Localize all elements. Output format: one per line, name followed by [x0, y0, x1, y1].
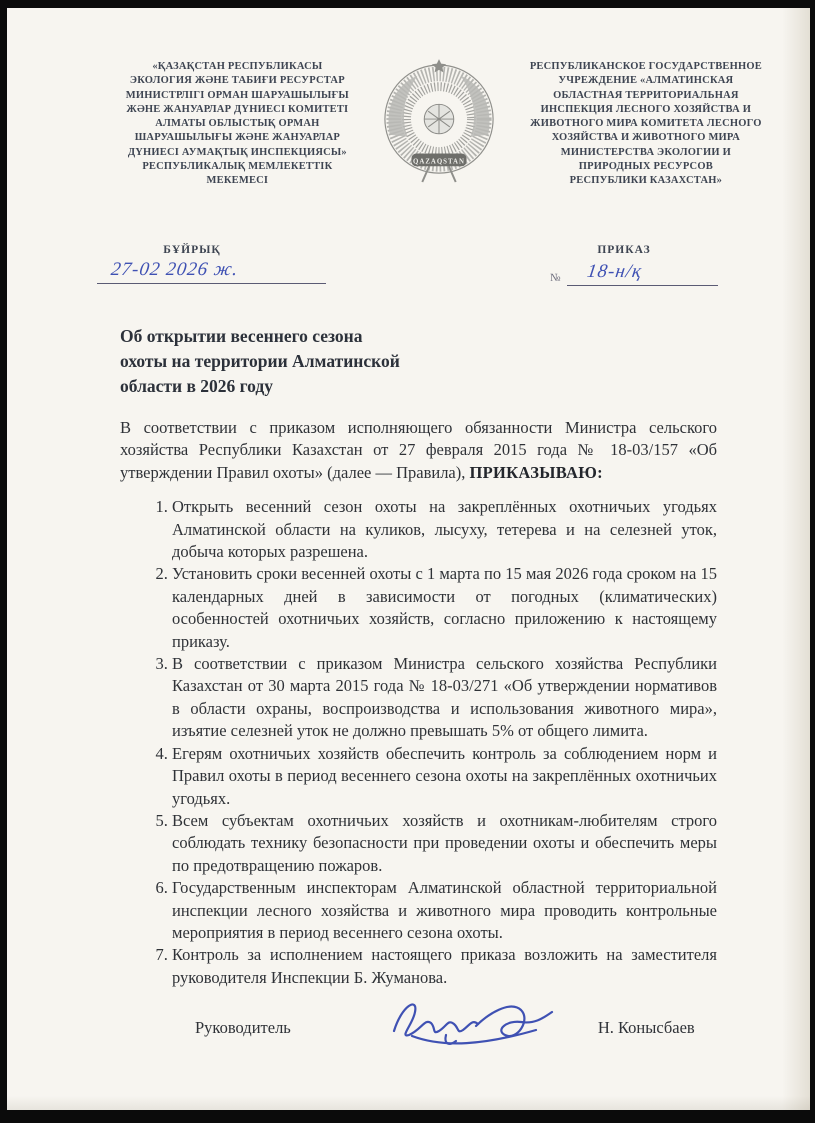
handwritten-order-number: 18-н/қ	[585, 260, 643, 285]
emblem-banner-label: QAZAQSTAN	[413, 158, 465, 165]
document-title: Об открытии весеннего сезона охоты на те…	[120, 324, 717, 399]
signer-name: Н. Конысбаев	[598, 1018, 695, 1038]
order-label-russian: ПРИКАЗ	[564, 244, 684, 256]
document-body: Об открытии весеннего сезона охоты на те…	[7, 324, 810, 1059]
scanned-document-page: «ҚАЗАҚСТАН РЕСПУБЛИКАСЫ ЭКОЛОГИЯ ЖӘНЕ ТА…	[7, 8, 810, 1110]
signer-role: Руководитель	[195, 1018, 291, 1038]
order-header-row: БҰЙРЫҚ 27-02 2026 ж. ПРИКАЗ № 18-н/қ	[7, 244, 810, 300]
order-item-1: Открыть весенний сезон охоты на закреплё…	[172, 496, 717, 563]
order-item-5: Всем субъектам охотничьих хозяйств и охо…	[172, 810, 717, 877]
order-item-2: Установить сроки весенней охоты с 1 март…	[172, 563, 717, 653]
order-label-kazakh: БҰЙРЫҚ	[107, 244, 277, 256]
intro-text: В соответствии с приказом исполняющего о…	[120, 418, 717, 482]
order-item-6: Государственным инспекторам Алматинской …	[172, 877, 717, 944]
number-sign: №	[550, 272, 567, 286]
org-name-russian: РЕСПУБЛИКАНСКОЕ ГОСУДАРСТВЕННОЕ УЧРЕЖДЕН…	[498, 60, 794, 189]
letterhead: «ҚАЗАҚСТАН РЕСПУБЛИКАСЫ ЭКОЛОГИЯ ЖӘНЕ ТА…	[7, 60, 810, 218]
order-item-4: Егерям охотничьих хозяйств обеспечить ко…	[172, 743, 717, 810]
handwritten-signature-icon	[386, 993, 566, 1056]
order-item-7: Контроль за исполнением настоящего прика…	[172, 944, 717, 989]
directive-word: ПРИКАЗЫВАЮ:	[470, 463, 603, 482]
intro-paragraph: В соответствии с приказом исполняющего о…	[120, 417, 717, 484]
signature-block: Руководитель Н. Конысбаев	[120, 997, 717, 1059]
number-underline: 18-н/қ	[567, 260, 719, 286]
order-item-3: В соответствии с приказом Министра сельс…	[172, 653, 717, 743]
handwritten-date: 27-02 2026 ж.	[109, 258, 240, 283]
order-items-list: Открыть весенний сезон охоты на закреплё…	[120, 496, 717, 989]
org-name-kazakh: «ҚАЗАҚСТАН РЕСПУБЛИКАСЫ ЭКОЛОГИЯ ЖӘНЕ ТА…	[95, 60, 380, 189]
date-underline: 27-02 2026 ж.	[97, 258, 326, 284]
kazakhstan-coat-of-arms-icon: QAZAQSTAN	[380, 56, 498, 195]
order-block-kazakh: БҰЙРЫҚ 27-02 2026 ж.	[107, 244, 326, 300]
order-block-russian: ПРИКАЗ № 18-н/қ	[550, 244, 718, 300]
